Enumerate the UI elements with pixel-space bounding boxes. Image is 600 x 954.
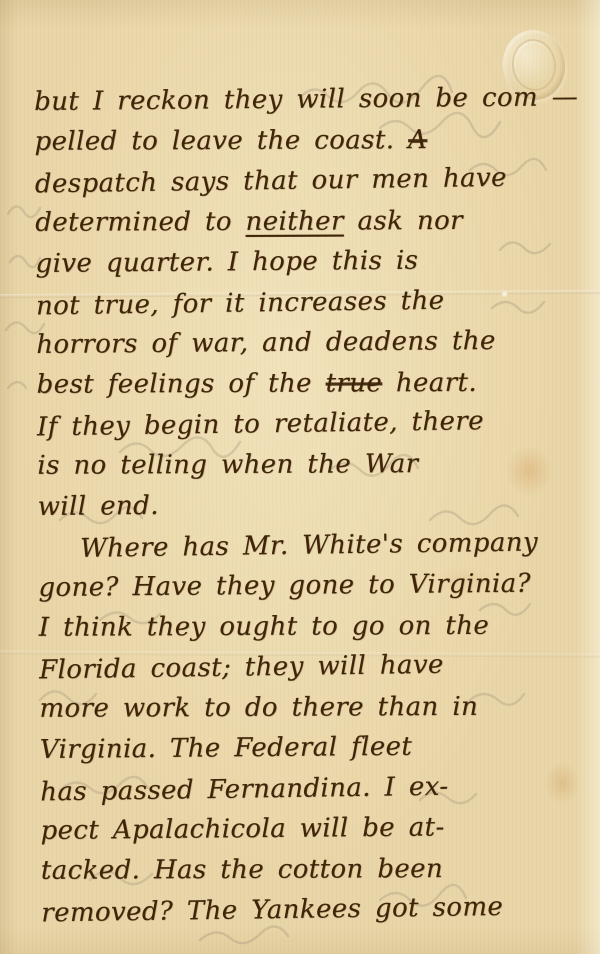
- letter-line: has passed Fernandina. I ex-: [40, 764, 589, 812]
- letter-line: but I reckon they will soon be com —: [34, 77, 582, 122]
- letter-segment-strike: true: [325, 368, 382, 398]
- letter-line: more work to do there than in: [39, 686, 587, 729]
- letter-page: but I reckon they will soon be com —pell…: [0, 0, 600, 954]
- letter-segment: I think they ought to go on the: [39, 610, 490, 642]
- letter-segment: If they begin to retaliate, there: [37, 406, 484, 442]
- letter-line: not true, for it increases the: [36, 278, 585, 326]
- letter-line: Virginia. The Federal fleet: [40, 725, 588, 770]
- letter-segment: heart.: [382, 367, 477, 397]
- letter-line: I think they ought to go on the: [39, 605, 587, 648]
- letter-segment: horrors of war, and deadens the: [36, 326, 496, 360]
- letter-text: but I reckon they will soon be com —pell…: [34, 77, 589, 932]
- letter-line: pelled to leave the coast. A: [34, 119, 582, 162]
- letter-segment: despatch says that our men have: [35, 163, 507, 200]
- letter-line: determined to neither ask nor: [35, 200, 583, 243]
- letter-line: tacked. Has the cotton been: [41, 848, 589, 891]
- letter-segment: will end.: [38, 491, 159, 522]
- letter-segment-strike: A: [408, 125, 427, 155]
- letter-segment: but I reckon they will soon be com —: [34, 82, 578, 117]
- letter-line: horrors of war, and deadens the: [36, 320, 584, 365]
- letter-line: despatch says that our men have: [35, 157, 584, 205]
- letter-line: will end.: [38, 482, 586, 527]
- letter-segment: not true, for it increases the: [36, 285, 445, 321]
- letter-segment: Virginia. The Federal fleet: [40, 732, 413, 765]
- letter-line: If they begin to retaliate, there: [37, 400, 586, 448]
- letter-segment-underline: neither: [245, 206, 343, 236]
- letter-segment: tacked. Has the cotton been: [41, 854, 443, 886]
- letter-line: gone? Have they gone to Virginia?: [38, 563, 586, 608]
- letter-line: best feelings of the true heart.: [37, 362, 585, 405]
- letter-segment: best feelings of the: [37, 368, 326, 399]
- letter-line: removed? The Yankees got some: [41, 886, 590, 934]
- letter-segment: Where has Mr. White's company: [80, 527, 538, 563]
- letter-segment: has passed Fernandina. I ex-: [40, 771, 449, 807]
- letter-line: give quarter. I hope this is: [35, 239, 583, 284]
- letter-segment: more work to do there than in: [39, 691, 478, 723]
- letter-segment: ask nor: [344, 205, 463, 236]
- letter-line: Where has Mr. White's company: [38, 521, 587, 569]
- letter-line: pect Apalachicola will be at-: [40, 806, 588, 851]
- letter-segment: Florida coast; they will have: [39, 650, 444, 686]
- letter-line: is no telling when the War: [37, 443, 585, 486]
- letter-segment: pect Apalachicola will be at-: [40, 812, 444, 846]
- letter-segment: is no telling when the War: [37, 449, 418, 481]
- letter-segment: give quarter. I hope this is: [35, 246, 418, 279]
- letter-segment: removed? The Yankees got some: [41, 892, 503, 928]
- letter-segment: determined to: [35, 206, 245, 237]
- letter-segment: gone? Have they gone to Virginia?: [38, 569, 531, 603]
- letter-line: Florida coast; they will have: [39, 643, 588, 691]
- letter-segment: pelled to leave the coast.: [34, 125, 408, 157]
